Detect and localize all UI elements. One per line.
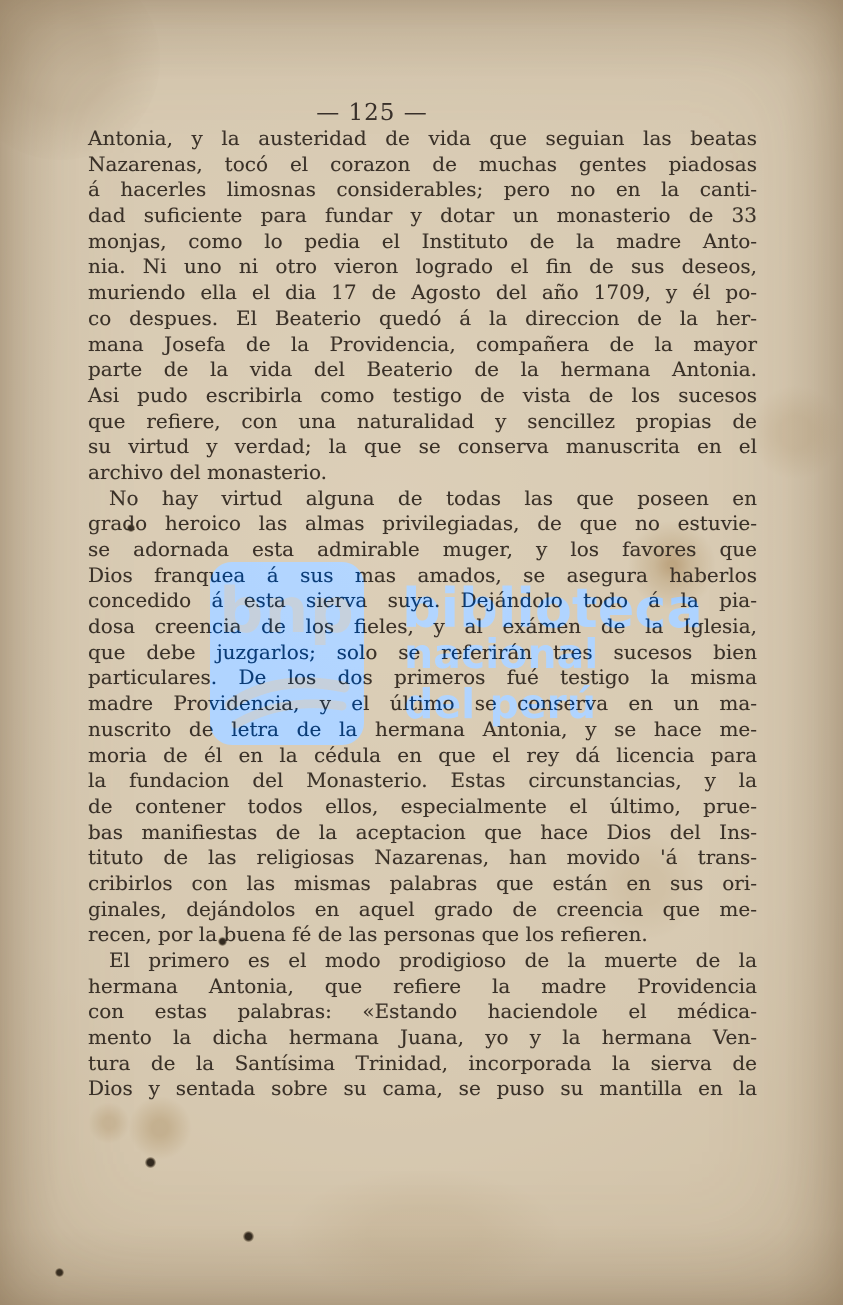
text-line: con estas palabras: «Estando haciendole …	[88, 999, 757, 1025]
text-line: á hacerles limosnas considerables; pero …	[88, 177, 757, 203]
text-line: recen, por la buena fé de las personas q…	[88, 922, 757, 948]
text-line: monjas, como lo pedia el Instituto de la…	[88, 229, 757, 255]
text-line: No hay virtud alguna de todas las que po…	[88, 486, 757, 512]
text-line: concedido á esta sierva suya. Dejándolo …	[88, 588, 757, 614]
text-line: dad suficiente para fundar y dotar un mo…	[88, 203, 757, 229]
ink-dot	[145, 1157, 156, 1168]
text-line: cribirlos con las mismas palabras que es…	[88, 871, 757, 897]
stain	[128, 1096, 192, 1160]
text-line: Nazarenas, tocó el corazon de muchas gen…	[88, 152, 757, 178]
text-line: mento la dicha hermana Juana, yo y la he…	[88, 1025, 757, 1051]
text-line: El primero es el modo prodigioso de la m…	[88, 948, 757, 974]
text-line: que debe juzgarlos; solo se referirán tr…	[88, 640, 757, 666]
text-line: nia. Ni uno ni otro vieron logrado el fi…	[88, 254, 757, 280]
text-line: hermana Antonia, que refiere la madre Pr…	[88, 974, 757, 1000]
text-line: nuscrito de letra de la hermana Antonia,…	[88, 717, 757, 743]
stain	[748, 385, 843, 480]
text-line: parte de la vida del Beaterio de la herm…	[88, 357, 757, 383]
ink-dot	[55, 1268, 64, 1277]
text-line: muriendo ella el dia 17 de Agosto del añ…	[88, 280, 757, 306]
text-line: Asi pudo escribirla como testigo de vist…	[88, 383, 757, 409]
text-line: que refiere, con una naturalidad y senci…	[88, 409, 757, 435]
book-page-scan: — 125 — Antonia, y la austeridad de vida…	[0, 0, 843, 1305]
text-line: moria de él en la cédula en que el rey d…	[88, 743, 757, 769]
text-line: Antonia, y la austeridad de vida que seg…	[88, 126, 757, 152]
stain	[88, 1102, 130, 1144]
page-number: — 125 —	[0, 100, 744, 126]
text-line: ginales, dejándolos en aquel grado de cr…	[88, 897, 757, 923]
text-line: su virtud y verdad; la que se conserva m…	[88, 434, 757, 460]
text-line: dosa creencia de los fieles, y al exámen…	[88, 614, 757, 640]
text-line: Dios franquea á sus mas amados, se asegu…	[88, 563, 757, 589]
text-line: grado heroico las almas privilegiadas, d…	[88, 511, 757, 537]
page-text: Antonia, y la austeridad de vida que seg…	[88, 126, 757, 1102]
text-line: de contener todos ellos, especialmente e…	[88, 794, 757, 820]
text-line: tituto de las religiosas Nazarenas, han …	[88, 845, 757, 871]
text-line: mana Josefa de la Providencia, compañera…	[88, 332, 757, 358]
text-line: archivo del monasterio.	[88, 460, 757, 486]
text-line: particulares. De los dos primeros fué te…	[88, 665, 757, 691]
text-line: co despues. El Beaterio quedó á la direc…	[88, 306, 757, 332]
ink-dot	[243, 1231, 254, 1242]
text-line: madre Providencia, y el último se conser…	[88, 691, 757, 717]
text-line: bas manifiestas de la aceptacion que hac…	[88, 820, 757, 846]
stain	[290, 1170, 560, 1300]
text-line: se adornada esta admirable muger, y los …	[88, 537, 757, 563]
text-line: Dios y sentada sobre su cama, se puso su…	[88, 1076, 757, 1102]
text-line: la fundacion del Monasterio. Estas circu…	[88, 768, 757, 794]
text-line: tura de la Santísima Trinidad, incorpora…	[88, 1051, 757, 1077]
